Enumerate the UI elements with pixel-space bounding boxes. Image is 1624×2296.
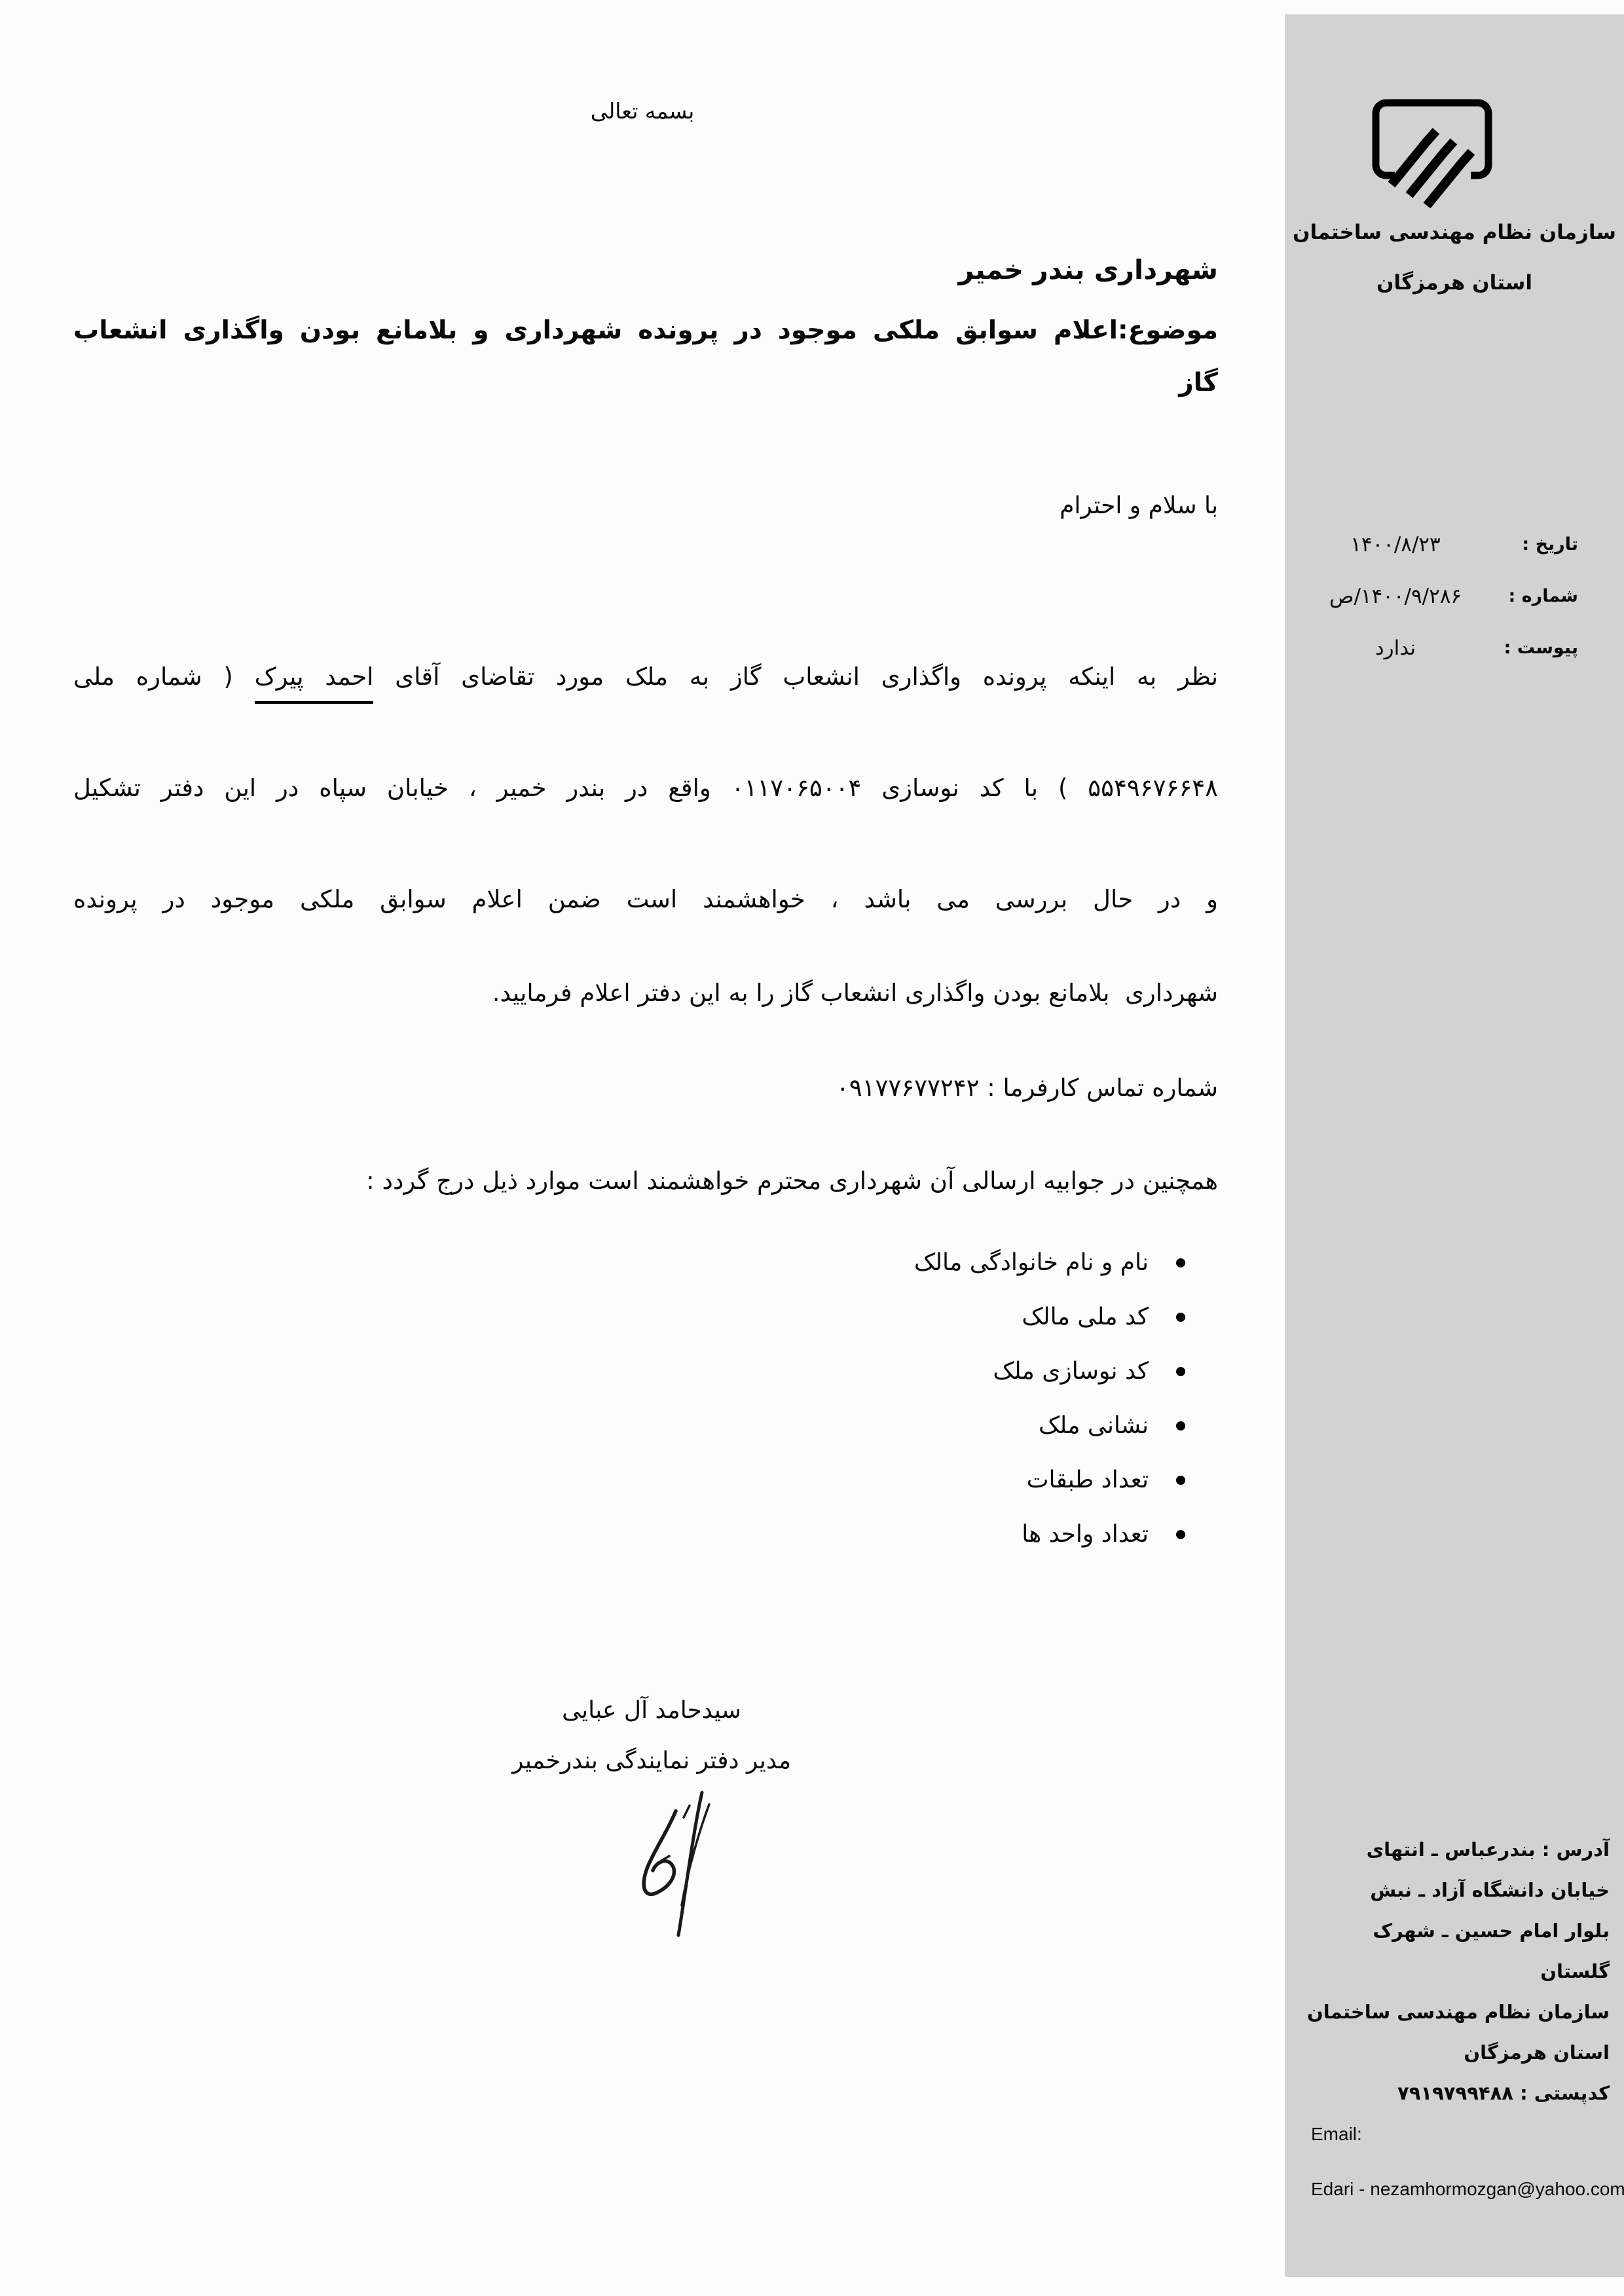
email-label: Email: [1311, 2124, 1611, 2145]
organization-logo [1370, 98, 1494, 206]
number-field: شماره : ۱۴۰۰/۹/۲۸۶/ص [1285, 570, 1624, 622]
bullet-item-label: تعداد طبقات [1027, 1467, 1149, 1493]
bullet-dot-icon [1176, 1530, 1185, 1539]
signature-block: سیدحامد آل عبایی مدیر دفتر نمایندگی بندر… [507, 1697, 796, 1774]
bullet-item-label: نشانی ملک [1039, 1412, 1149, 1439]
date-label: تاریخ : [1486, 534, 1578, 555]
contact-phone-line: شماره تماس کارفرما : ۰۹۱۷۷۶۷۷۲۴۲ [836, 1074, 1218, 1102]
letter-meta-fields: تاریخ : ۱۴۰۰/۸/۲۳ شماره : ۱۴۰۰/۹/۲۸۶/ص پ… [1285, 519, 1624, 674]
attachment-label: پیوست : [1486, 638, 1578, 658]
bullet-dot-icon [1176, 1313, 1185, 1322]
bullet-item-label: کد نوسازی ملک [993, 1358, 1149, 1385]
org-name-line-2: استان هرمزگان [1285, 271, 1624, 295]
address-line: استان هرمزگان [1298, 2032, 1610, 2073]
body-line-1-pre: نظر به اینکه پرونده واگذاری انشعاب گاز ب… [373, 663, 1218, 691]
bullet-item: کد ملی مالک [914, 1303, 1185, 1330]
bismillah-header: بسمه تعالی [0, 98, 1285, 124]
subject-line-2: گاز [1179, 368, 1218, 397]
bullet-item: کد نوسازی ملک [914, 1358, 1185, 1385]
address-line: سازمان نظام مهندسی ساختمان [1298, 1992, 1610, 2032]
postal-code-line: کدپستی : ۷۹۱۹۷۹۹۴۸۸ [1298, 2073, 1610, 2113]
bullet-item: نام و نام خانوادگی مالک [914, 1249, 1185, 1276]
bullet-dot-icon [1176, 1367, 1185, 1376]
scanned-letter-page: بسمه تعالی شهرداری بندر خمیر موضوع:اعلام… [0, 0, 1624, 2296]
body-line-2: ۵۵۴۹۶۷۶۶۴۸ ) با کد نوسازی ۰۱۱۷۰۶۵۰۰۴ واق… [73, 774, 1218, 802]
request-line: همچنین در جوابیه ارسالی آن شهرداری محترم… [366, 1167, 1218, 1195]
address-block: آدرس : بندرعباس ـ انتهای خیابان دانشگاه … [1298, 1829, 1610, 2113]
recipient-line: شهرداری بندر خمیر [959, 254, 1218, 285]
body-line-3: و در حال بررسی می باشد ، خواهشمند است ضم… [73, 885, 1218, 913]
address-line: بلوار امام حسین ـ شهرک [1298, 1910, 1610, 1951]
number-value: ۱۴۰۰/۹/۲۸۶/ص [1304, 585, 1486, 608]
address-line: آدرس : بندرعباس ـ انتهای [1298, 1829, 1610, 1870]
body-line-1-post: ( شماره ملی [73, 663, 255, 691]
applicant-name-underlined: احمد پیرک [255, 663, 374, 704]
bullet-dot-icon [1176, 1258, 1185, 1267]
bullet-item-label: نام و نام خانوادگی مالک [914, 1249, 1149, 1276]
bullet-list: نام و نام خانوادگی مالک کد ملی مالک کد ن… [914, 1249, 1185, 1575]
org-name-line-1: سازمان نظام مهندسی ساختمان [1285, 221, 1624, 244]
bullet-item: نشانی ملک [914, 1412, 1185, 1439]
salutation-line: با سلام و احترام [1060, 492, 1218, 519]
number-label: شماره : [1486, 586, 1578, 606]
subject-line-1: موضوع:اعلام سوابق ملکی موجود در پرونده ش… [73, 316, 1218, 345]
handwritten-signature [616, 1789, 727, 1939]
address-line: گلستان [1298, 1951, 1610, 1992]
bullet-dot-icon [1176, 1421, 1185, 1430]
bullet-item: تعداد واحد ها [914, 1521, 1185, 1548]
sidebar: سازمان نظام مهندسی ساختمان استان هرمزگان… [1285, 14, 1624, 2277]
bullet-dot-icon [1176, 1476, 1185, 1485]
body-line-4: شهرداری بلامانع بودن واگذاری انشعاب گاز … [73, 979, 1218, 1007]
address-line: خیابان دانشگاه آزاد ـ نبش [1298, 1870, 1610, 1910]
email-address: Edari - nezamhormozgan@yahoo.com [1311, 2179, 1611, 2200]
bullet-item-label: کد ملی مالک [1022, 1303, 1149, 1330]
attachment-value: ندارد [1304, 636, 1486, 660]
organization-logo-icon [1370, 98, 1494, 208]
date-field: تاریخ : ۱۴۰۰/۸/۲۳ [1285, 519, 1624, 570]
attachment-field: پیوست : ندارد [1285, 622, 1624, 674]
bullet-item: تعداد طبقات [914, 1467, 1185, 1493]
signer-name: سیدحامد آل عبایی [507, 1697, 796, 1724]
bullet-item-label: تعداد واحد ها [1022, 1521, 1149, 1548]
date-value: ۱۴۰۰/۸/۲۳ [1304, 533, 1486, 556]
body-line-1: نظر به اینکه پرونده واگذاری انشعاب گاز ب… [73, 663, 1218, 691]
email-block: Email: Edari - nezamhormozgan@yahoo.com [1311, 2124, 1611, 2200]
signer-title: مدیر دفتر نمایندگی بندرخمیر [507, 1747, 796, 1774]
letter-content: بسمه تعالی شهرداری بندر خمیر موضوع:اعلام… [0, 0, 1285, 2296]
